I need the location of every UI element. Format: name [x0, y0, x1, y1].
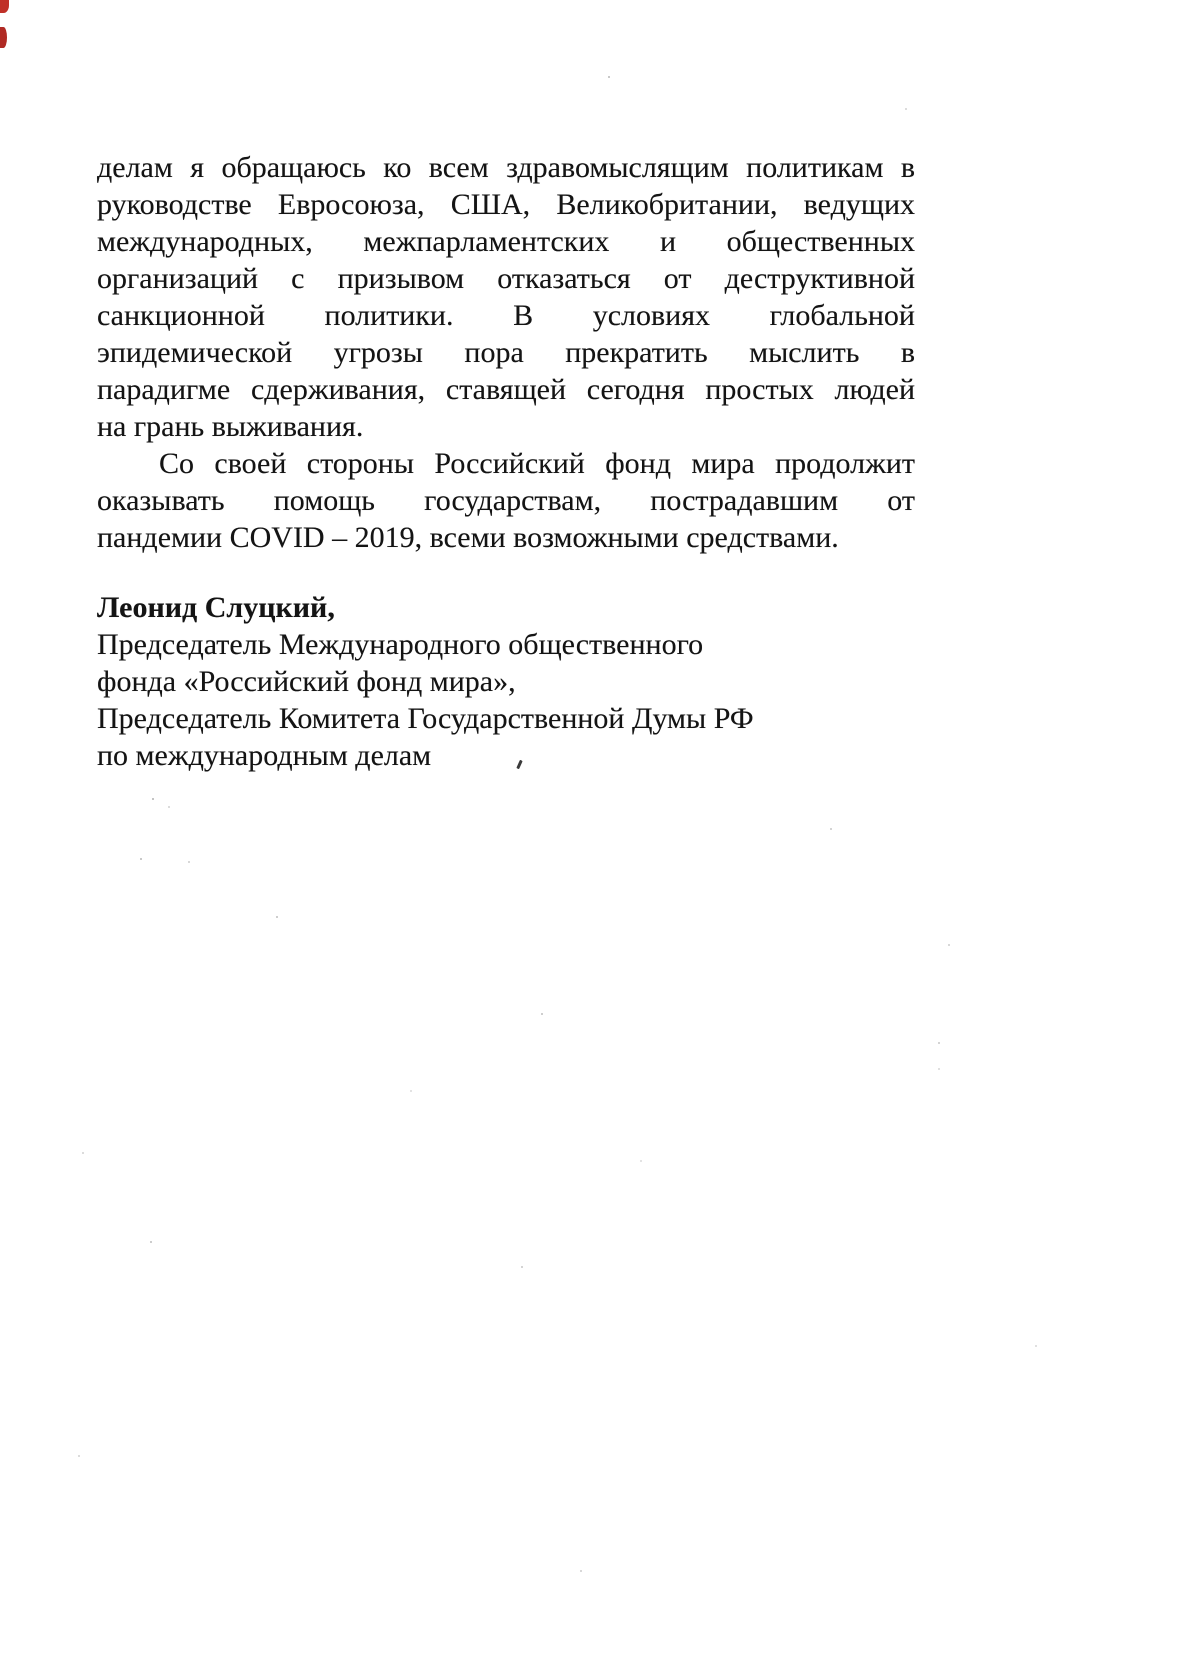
text-line: делам я обращаюсь ко всем здравомыслящим…: [97, 149, 915, 186]
text-line: руководстве Евросоюза, США, Великобритан…: [97, 186, 915, 223]
letter-body: делам я обращаюсь ко всем здравомыслящим…: [97, 149, 915, 774]
signature-block: Леонид Слуцкий, Председатель Международн…: [97, 589, 915, 774]
text-line: оказывать помощь государствам, пострадав…: [97, 482, 915, 519]
paragraph-2: Со своей стороны Российский фонд мира пр…: [97, 445, 915, 556]
signature-title-line: по международным делам: [97, 737, 915, 774]
text-line: эпидемической угрозы пора прекратить мыс…: [97, 334, 915, 371]
paragraph-1: делам я обращаюсь ко всем здравомыслящим…: [97, 149, 915, 445]
text-line: международных, межпарламентских и общест…: [97, 223, 915, 260]
text-line: санкционной политики. В условиях глобаль…: [97, 297, 915, 334]
scanned-letter-page: делам я обращаюсь ко всем здравомыслящим…: [0, 0, 1200, 1662]
text-line: пандемии COVID – 2019, всеми возможными …: [97, 519, 915, 556]
scan-noise-specks: [0, 0, 2, 2]
signature-title-line: фонда «Российский фонд мира»,: [97, 663, 915, 700]
text-line: Со своей стороны Российский фонд мира пр…: [97, 445, 915, 482]
text-line: парадигме сдерживания, ставящей сегодня …: [97, 371, 915, 408]
text-line: организаций с призывом отказаться от дес…: [97, 260, 915, 297]
signature-title-line: Председатель Международного общественног…: [97, 626, 915, 663]
red-scan-artifact-lower-icon: [0, 27, 7, 48]
signature-name: Леонид Слуцкий,: [97, 589, 915, 626]
text-line: на грань выживания.: [97, 408, 915, 445]
signature-title-line: Председатель Комитета Государственной Ду…: [97, 700, 915, 737]
